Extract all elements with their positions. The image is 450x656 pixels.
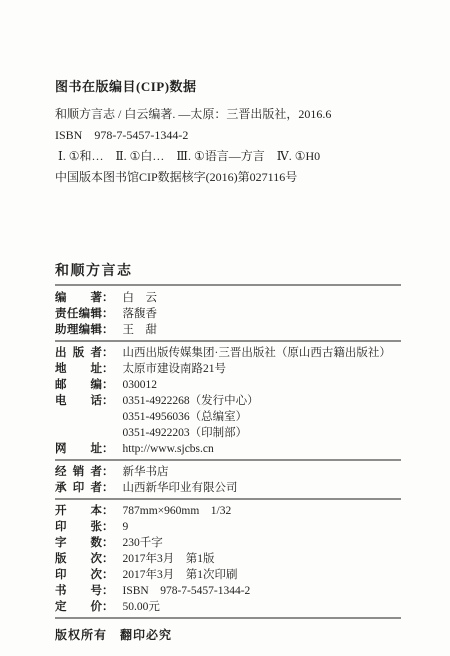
cip-line-record-number: 中国版本图书馆CIP数据核字(2016)第027116号 bbox=[55, 167, 401, 188]
info-colon: ： bbox=[102, 537, 114, 549]
info-value: 0351-4956036（总编室） bbox=[123, 411, 248, 423]
info-colon: ： bbox=[102, 466, 114, 478]
publication-info-row: 印次：2017年3月 第1次印刷 bbox=[55, 567, 401, 583]
info-value: http://www.sjcbs.cn bbox=[123, 443, 214, 455]
info-value: 山西出版传媒集团·三晋出版社（原山西古籍出版社） bbox=[123, 347, 391, 359]
publication-info-row: 经销者：新华书店 bbox=[55, 464, 401, 480]
info-value: ISBN 978-7-5457-1344-2 bbox=[123, 585, 251, 597]
info-value: 太原市建设南路21号 bbox=[123, 363, 227, 375]
page-content: 图书在版编目(CIP)数据 和顺方言志 / 白云编著. —太原：三晋出版社，20… bbox=[55, 76, 401, 643]
publication-info-row: 地址：太原市建设南路21号 bbox=[55, 361, 401, 377]
publication-info-row: 编著：白 云 bbox=[55, 290, 401, 306]
info-colon: ： bbox=[102, 292, 114, 304]
book-title: 和顺方言志 bbox=[55, 260, 401, 286]
info-colon: ： bbox=[102, 443, 114, 455]
info-label: 经销者 bbox=[55, 464, 102, 480]
info-value: 王 甜 bbox=[123, 324, 158, 336]
info-colon: ： bbox=[102, 482, 114, 494]
info-colon: ： bbox=[102, 521, 114, 533]
info-value: 白 云 bbox=[123, 292, 158, 304]
info-value: 2017年3月 第1版 bbox=[123, 553, 215, 565]
info-label: 开本 bbox=[55, 503, 102, 519]
publication-info-row: 责任编辑：落馥香 bbox=[55, 306, 401, 322]
publication-info-row: 承印者：山西新华印业有限公司 bbox=[55, 480, 401, 500]
info-colon: ： bbox=[102, 324, 114, 336]
info-colon: ： bbox=[102, 363, 114, 375]
info-label: 电话 bbox=[55, 393, 102, 409]
info-label: 网址 bbox=[55, 441, 102, 457]
info-value: 230千字 bbox=[123, 537, 163, 549]
info-label: 印次 bbox=[55, 567, 102, 583]
info-value: 9 bbox=[123, 521, 129, 533]
info-value: 山西新华印业有限公司 bbox=[123, 482, 238, 494]
publication-info-list: 编著：白 云 责任编辑：落馥香 助理编辑：王 甜 出版者：山西出版传媒集团·三晋… bbox=[55, 290, 401, 619]
info-value: 787mm×960mm 1/32 bbox=[123, 505, 232, 517]
info-colon: ： bbox=[102, 585, 114, 597]
info-label: 定价 bbox=[55, 599, 102, 615]
publication-info-row: 字数：230千字 bbox=[55, 535, 401, 551]
info-label: 承印者 bbox=[55, 480, 102, 496]
info-label: 字数 bbox=[55, 535, 102, 551]
info-label: 邮编 bbox=[55, 377, 102, 393]
info-value: 50.00元 bbox=[123, 601, 160, 613]
info-label: 编著 bbox=[55, 290, 102, 306]
info-label: 地址 bbox=[55, 361, 102, 377]
cip-line-description: 和顺方言志 / 白云编著. —太原：三晋出版社，2016.6 bbox=[55, 104, 401, 125]
info-colon: ： bbox=[102, 347, 114, 359]
publication-info-row: 定价：50.00元 bbox=[55, 599, 401, 619]
publication-info-row: 邮编：030012 bbox=[55, 377, 401, 393]
info-label: 助理编辑 bbox=[55, 322, 102, 338]
publication-info-row: 助理编辑：王 甜 bbox=[55, 322, 401, 342]
info-value: 落馥香 bbox=[123, 308, 158, 320]
info-colon: ： bbox=[102, 505, 114, 517]
info-colon: ： bbox=[102, 308, 114, 320]
info-label: 责任编辑 bbox=[55, 306, 102, 322]
info-value: 0351-4922268（发行中心） bbox=[123, 395, 259, 407]
cip-line-isbn: ISBN 978-7-5457-1344-2 bbox=[55, 125, 401, 146]
info-colon: ： bbox=[102, 569, 114, 581]
cip-line-classification: Ⅰ. ①和… Ⅱ. ①白… Ⅲ. ①语言—方言 Ⅳ. ①H0 bbox=[55, 146, 401, 167]
copyright-page: 图书在版编目(CIP)数据 和顺方言志 / 白云编著. —太原：三晋出版社，20… bbox=[0, 0, 450, 656]
copyright-notice: 版权所有 翻印必究 bbox=[55, 626, 401, 643]
info-label: 出版者 bbox=[55, 345, 102, 361]
info-label: 印张 bbox=[55, 519, 102, 535]
publication-info-row: ：0351-4922203（印制部） bbox=[55, 425, 401, 441]
publication-info-row: ：0351-4956036（总编室） bbox=[55, 409, 401, 425]
info-colon: ： bbox=[102, 395, 114, 407]
cip-header: 图书在版编目(CIP)数据 bbox=[55, 76, 401, 95]
publication-info-row: 书号：ISBN 978-7-5457-1344-2 bbox=[55, 583, 401, 599]
info-colon: ： bbox=[102, 601, 114, 613]
publication-info-row: 开本：787mm×960mm 1/32 bbox=[55, 503, 401, 519]
publication-info-row: 网址：http://www.sjcbs.cn bbox=[55, 441, 401, 461]
info-value: 新华书店 bbox=[123, 466, 169, 478]
info-label: 版次 bbox=[55, 551, 102, 567]
info-colon: ： bbox=[102, 553, 114, 565]
info-value: 2017年3月 第1次印刷 bbox=[123, 569, 238, 581]
info-label: 书号 bbox=[55, 583, 102, 599]
publication-info-row: 出版者：山西出版传媒集团·三晋出版社（原山西古籍出版社） bbox=[55, 345, 401, 361]
publication-info-row: 电话：0351-4922268（发行中心） bbox=[55, 393, 401, 409]
colophon-block: 和顺方言志 编著：白 云 责任编辑：落馥香 助理编辑：王 甜 出版者：山西出版传… bbox=[55, 260, 401, 643]
publication-info-row: 版次：2017年3月 第1版 bbox=[55, 551, 401, 567]
publication-info-row: 印张：9 bbox=[55, 519, 401, 535]
info-value: 0351-4922203（印制部） bbox=[123, 427, 248, 439]
cip-data-block: 图书在版编目(CIP)数据 和顺方言志 / 白云编著. —太原：三晋出版社，20… bbox=[55, 76, 401, 188]
info-value: 030012 bbox=[123, 379, 158, 391]
info-colon: ： bbox=[102, 379, 114, 391]
